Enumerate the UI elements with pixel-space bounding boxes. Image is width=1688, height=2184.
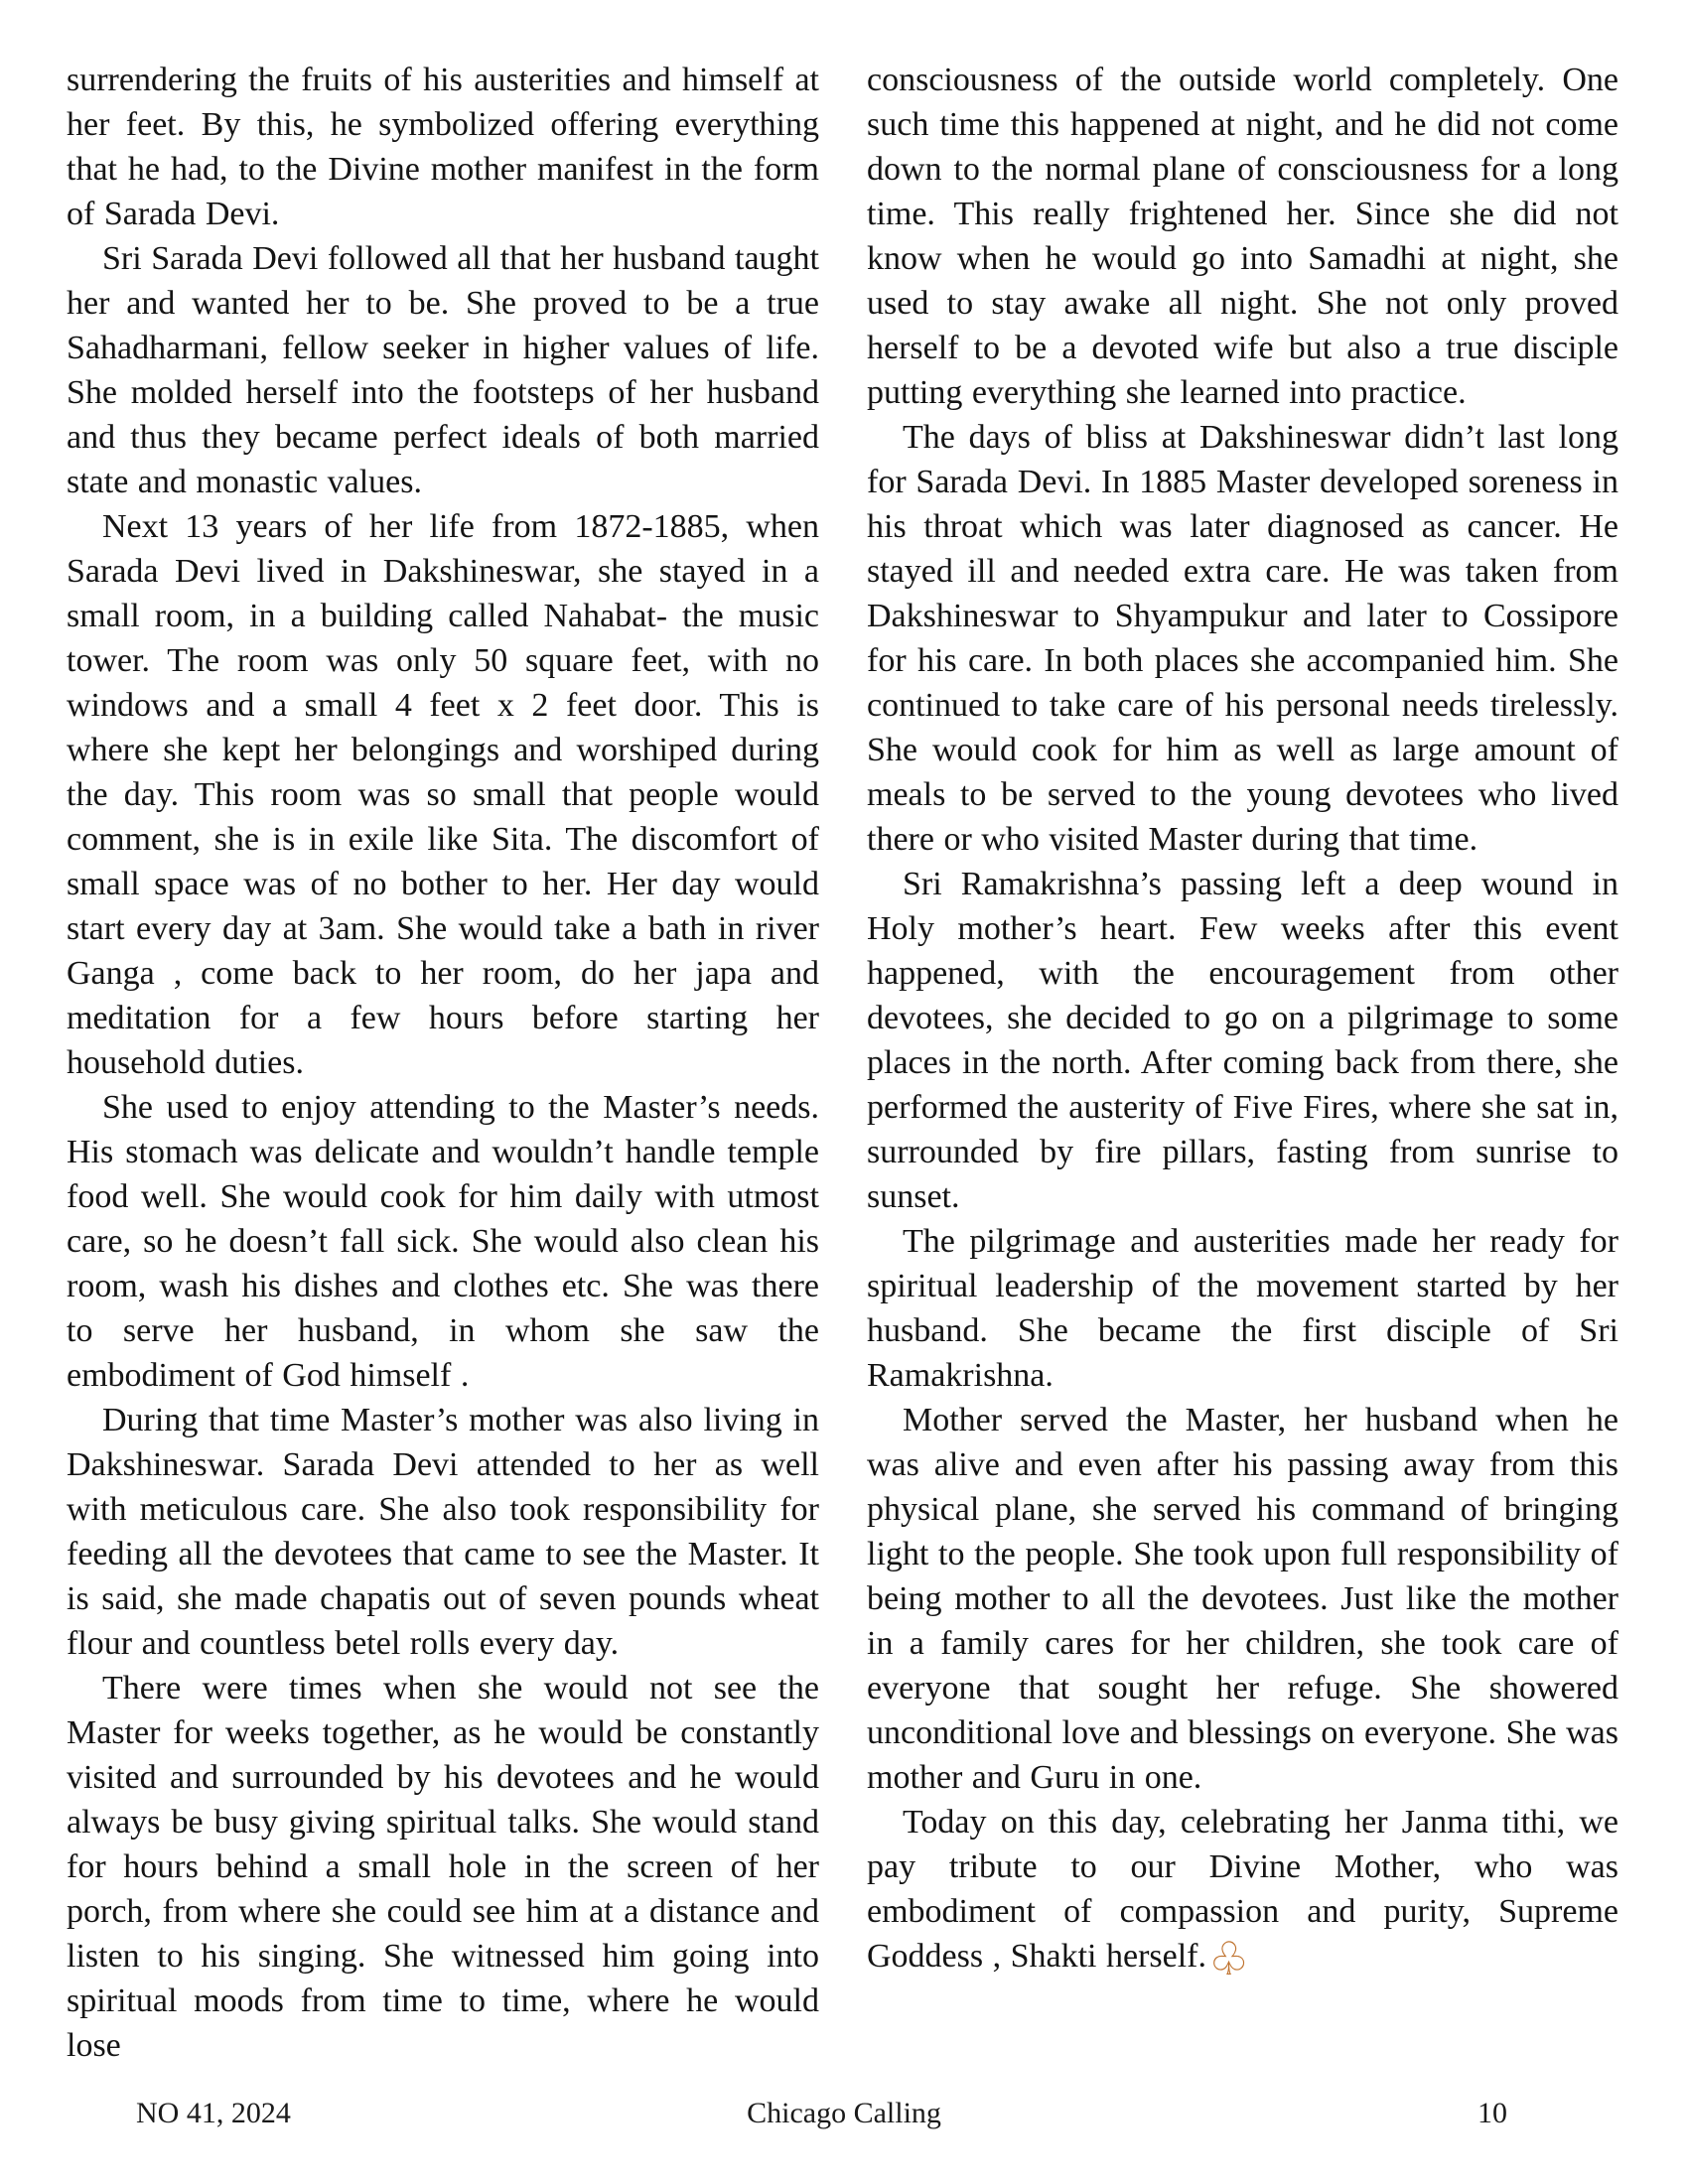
closing-paragraph: Today on this day, celebrating her Janma… — [867, 1800, 1618, 1979]
paragraph: The days of bliss at Dakshineswar didn’t… — [867, 415, 1618, 862]
paragraph: surrendering the fruits of his austeriti… — [67, 58, 819, 236]
article-body: surrendering the fruits of his austeriti… — [67, 58, 1618, 2089]
right-column: consciousness of the outside world compl… — [867, 58, 1618, 2089]
paragraph: Next 13 years of her life from 1872-1885… — [67, 504, 819, 1085]
paragraph: She used to enjoy attending to the Maste… — [67, 1085, 819, 1398]
page-footer: NO 41, 2024 Chicago Calling 10 — [0, 2097, 1688, 2140]
footer-publication-title: Chicago Calling — [0, 2097, 1688, 2130]
footer-page-number: 10 — [1477, 2097, 1507, 2130]
paragraph: Sri Ramakrishna’s passing left a deep wo… — [867, 862, 1618, 1219]
paragraph: Sri Sarada Devi followed all that her hu… — [67, 236, 819, 504]
magazine-page: surrendering the fruits of his austeriti… — [0, 0, 1688, 2184]
paragraph: There were times when she would not see … — [67, 1666, 819, 2068]
left-column: surrendering the fruits of his austeriti… — [67, 58, 819, 2089]
paragraph: During that time Master’s mother was als… — [67, 1398, 819, 1666]
paragraph: The pilgrimage and austerities made her … — [867, 1219, 1618, 1398]
paragraph: Mother served the Master, her husband wh… — [867, 1398, 1618, 1800]
paragraph: consciousness of the outside world compl… — [867, 58, 1618, 415]
